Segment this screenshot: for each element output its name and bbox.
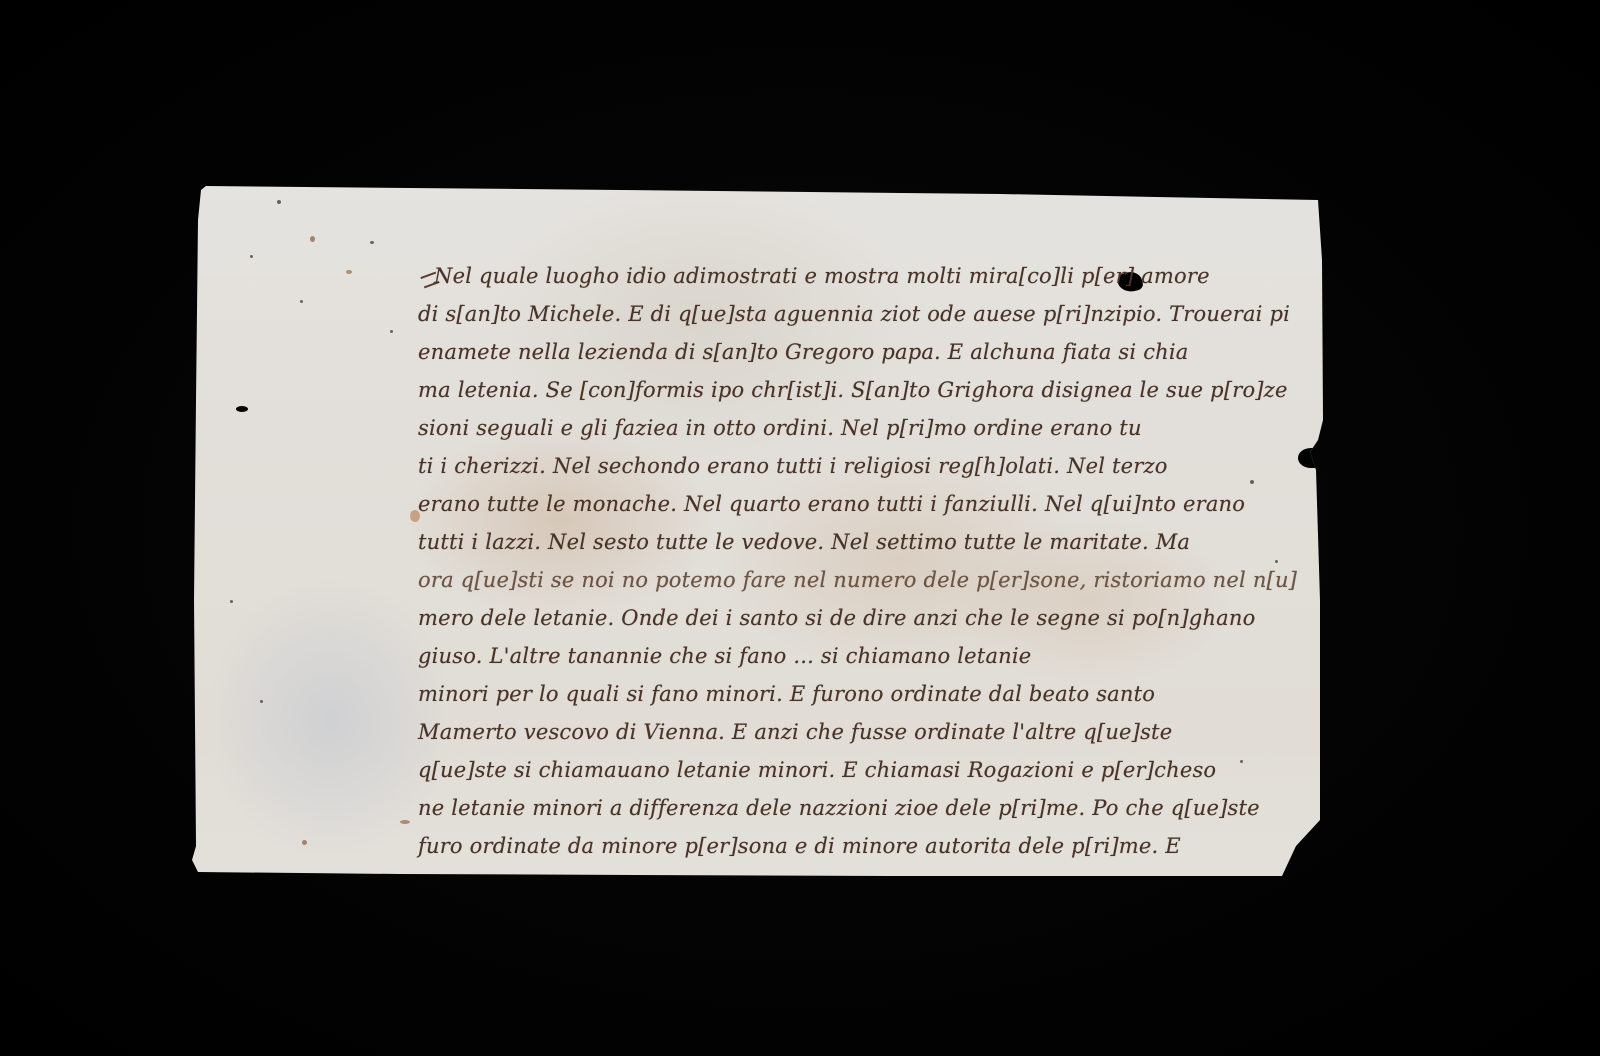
text-line-11: giuso. L'altre tanannie che si fano ... …	[418, 644, 1031, 668]
photo-background: Nel quale luogho idio adimostrati e most…	[0, 0, 1600, 1056]
foxing-speck	[400, 820, 410, 824]
foxing-speck	[230, 600, 233, 603]
text-line-5: sioni seguali e gli faziea in otto ordin…	[418, 416, 1142, 440]
foxing-speck	[260, 700, 263, 703]
text-line-3: enamete nella lezienda di s[an]to Gregor…	[418, 340, 1189, 364]
foxing-speck	[346, 270, 352, 274]
foxing-speck	[302, 840, 307, 845]
foxing-speck	[1240, 760, 1243, 763]
notch-right	[1298, 448, 1324, 468]
foxing-speck	[310, 236, 315, 242]
text-line-4: ma letenia. Se [con]formis ipo chr[ist]i…	[418, 378, 1288, 402]
text-line-7: erano tutte le monache. Nel quarto erano…	[418, 492, 1245, 516]
text-line-13: Mamerto vescovo di Vienna. E anzi che fu…	[418, 720, 1172, 744]
foxing-speck	[250, 255, 253, 258]
text-line-9: ora q[ue]sti se noi no potemo fare nel n…	[418, 568, 1297, 592]
foxing-speck	[277, 200, 281, 204]
foxing-speck	[390, 330, 393, 333]
text-line-2: di s[an]to Michele. E di q[ue]sta aguenn…	[418, 302, 1290, 326]
text-line-1: Nel quale luogho idio adimostrati e most…	[434, 264, 1210, 288]
foxing-speck	[370, 241, 374, 244]
text-line-16: furo ordinate da minore p[er]sona e di m…	[418, 834, 1181, 858]
hole-left	[236, 406, 248, 412]
manuscript-fragment: Nel quale luogho idio adimostrati e most…	[0, 0, 1600, 1056]
foxing-speck	[1250, 480, 1254, 484]
text-line-12: minori per lo quali si fano minori. E fu…	[418, 682, 1155, 706]
text-line-8: tutti i lazzi. Nel sesto tutte le vedove…	[418, 530, 1190, 554]
text-line-10: mero dele letanie. Onde dei i santo si d…	[418, 606, 1255, 630]
text-line-6: ti i cherizzi. Nel sechondo erano tutti …	[418, 454, 1168, 478]
text-line-15: ne letanie minori a differenza dele nazz…	[418, 796, 1260, 820]
text-line-14: q[ue]ste si chiamauano letanie minori. E…	[418, 758, 1216, 782]
foxing-speck	[300, 300, 303, 303]
foxing-speck	[1275, 560, 1278, 563]
